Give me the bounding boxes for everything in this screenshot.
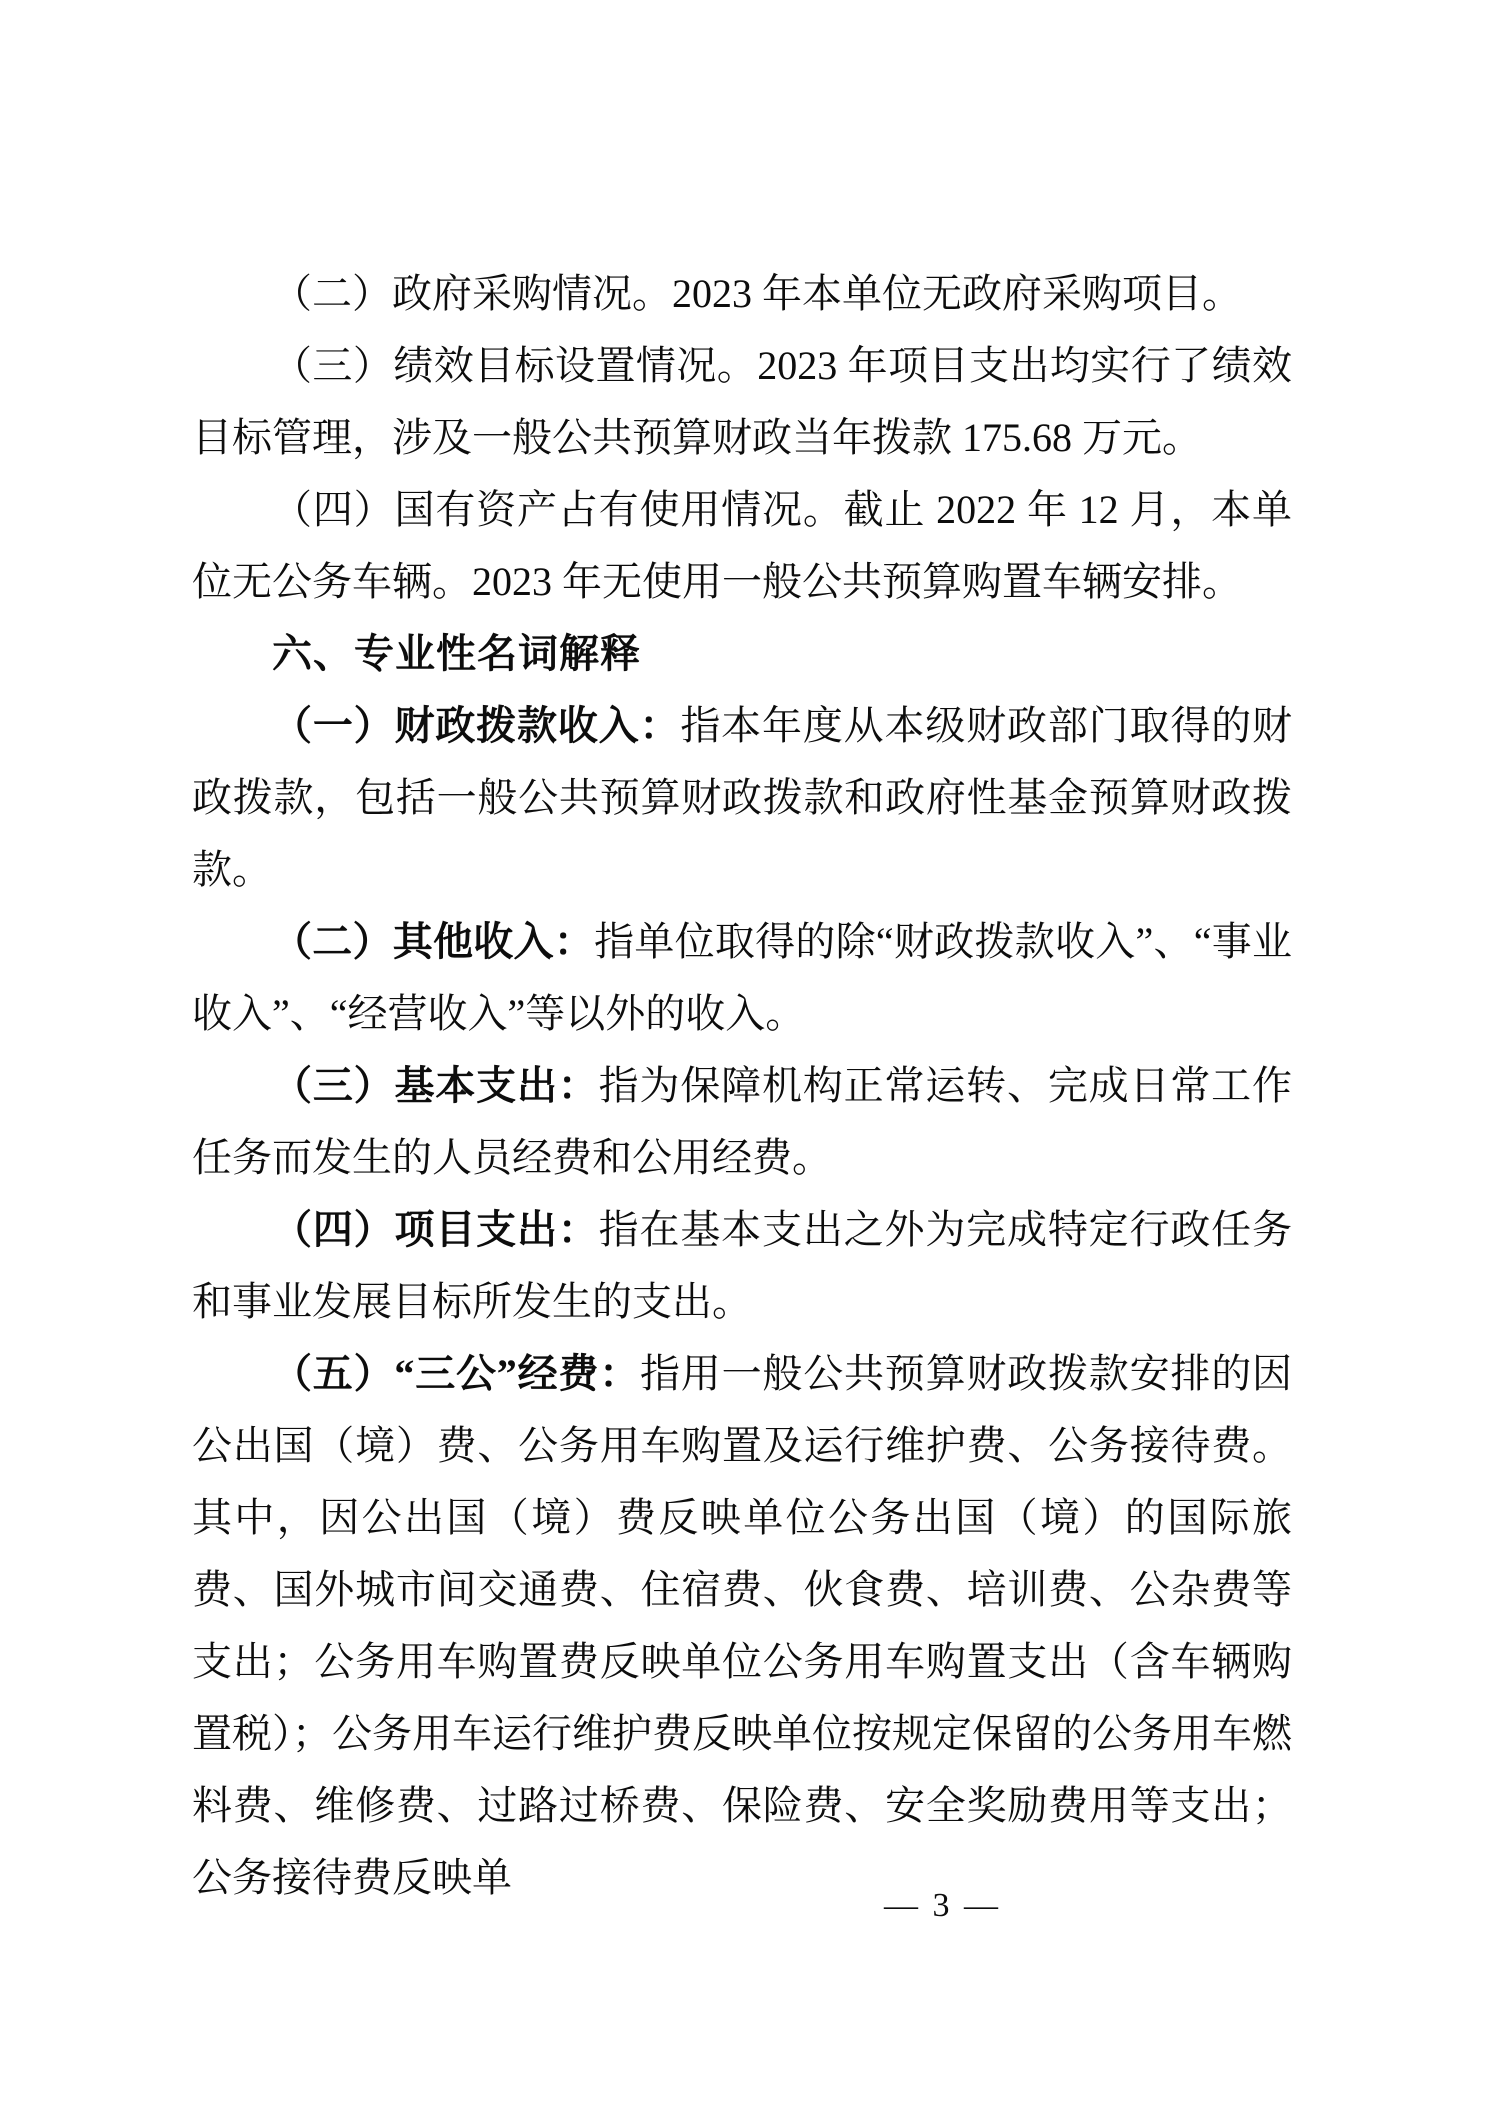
term-bold-run: （五）“三公”经费： [272,1351,640,1396]
document-body: （二）政府采购情况。2023 年本单位无政府采购项目。（三）绩效目标设置情况。2… [192,258,1292,1914]
text-run: （三）绩效目标设置情况。2023 年项目支出均实行了绩效目标管理，涉及一般公共预… [192,343,1292,460]
text-run: （二）政府采购情况。2023 年本单位无政府采购项目。 [272,271,1242,316]
text-run: 指用一般公共预算财政拨款安排的因公出国（境）费、公务用车购置及运行维护费、公务接… [192,1351,1292,1900]
paragraph: （四）国有资产占有使用情况。截止 2022 年 12 月，本单位无公务车辆。20… [192,474,1292,618]
paragraph: （五）“三公”经费：指用一般公共预算财政拨款安排的因公出国（境）费、公务用车购置… [192,1338,1292,1914]
term-bold-run: （一）财政拨款收入： [272,703,680,748]
page-number: — 3 — [884,1884,1001,1928]
paragraph: （三）基本支出：指为保障机构正常运转、完成日常工作任务而发生的人员经费和公用经费… [192,1050,1292,1194]
term-bold-run: 六、专业性名词解释 [272,632,641,676]
section-heading: 六、专业性名词解释 [192,618,1292,690]
paragraph: （三）绩效目标设置情况。2023 年项目支出均实行了绩效目标管理，涉及一般公共预… [192,330,1292,474]
paragraph: （四）项目支出：指在基本支出之外为完成特定行政任务和事业发展目标所发生的支出。 [192,1194,1292,1338]
text-run: （四）国有资产占有使用情况。截止 2022 年 12 月，本单位无公务车辆。20… [192,487,1292,604]
term-bold-run: （四）项目支出： [272,1207,599,1252]
document-page: （二）政府采购情况。2023 年本单位无政府采购项目。（三）绩效目标设置情况。2… [0,0,1485,2101]
term-bold-run: （二）其他收入： [272,919,594,964]
term-bold-run: （三）基本支出： [272,1063,599,1108]
paragraph: （二）其他收入：指单位取得的除“财政拨款收入”、“事业收入”、“经营收入”等以外… [192,906,1292,1050]
paragraph: （一）财政拨款收入：指本年度从本级财政部门取得的财政拨款，包括一般公共预算财政拨… [192,690,1292,906]
paragraph: （二）政府采购情况。2023 年本单位无政府采购项目。 [192,258,1292,330]
